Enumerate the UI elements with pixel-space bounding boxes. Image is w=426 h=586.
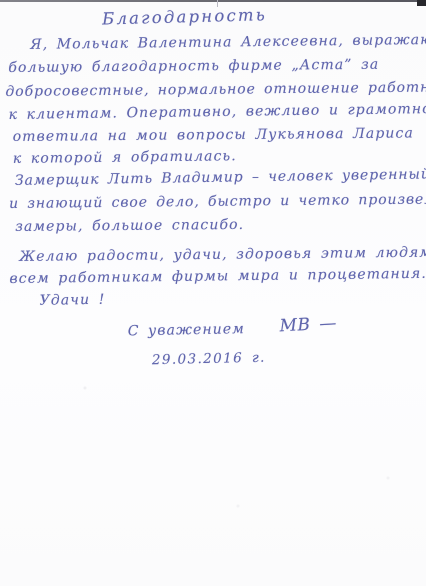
letter-line: Замерщик Лить Владимир – человек уверенн… (15, 166, 426, 189)
letter-line: Я, Мольчак Валентина Алексеевна, выражаю (30, 32, 426, 53)
letter-line: ответила на мои вопросы Лукьянова Лариса (13, 125, 414, 145)
signature: МВ — (279, 313, 337, 336)
letter-line: и знающий свое дело, быстро и четко прои… (9, 192, 426, 212)
letter-line: добросовестные, нормальное отношение раб… (5, 79, 426, 100)
closing-salutation: С уважением (128, 321, 246, 339)
closing-row: С уважением МВ — (128, 316, 337, 340)
letter-line: Удачи ! (39, 292, 105, 309)
letter-title: Благодарность (102, 5, 267, 28)
letter-body: Благодарность Я, Мольчак Валентина Алекс… (0, 0, 426, 586)
letter-line: замеры, большое спасибо. (15, 217, 244, 235)
letter-line: к которой я обратилась. (13, 148, 237, 167)
letter-line: Желаю радости, удачи, здоровья этим людя… (19, 245, 426, 265)
scanned-letter-page: Благодарность Я, Мольчак Валентина Алекс… (0, 0, 426, 586)
letter-date: 29.03.2016 г. (152, 350, 266, 369)
letter-line: большую благодарность фирме „Аста” за (8, 57, 379, 76)
letter-line: к клиентам. Оперативно, вежливо и грамот… (8, 101, 426, 123)
letter-line: всем работникам фирмы мира и процветания… (9, 266, 426, 287)
